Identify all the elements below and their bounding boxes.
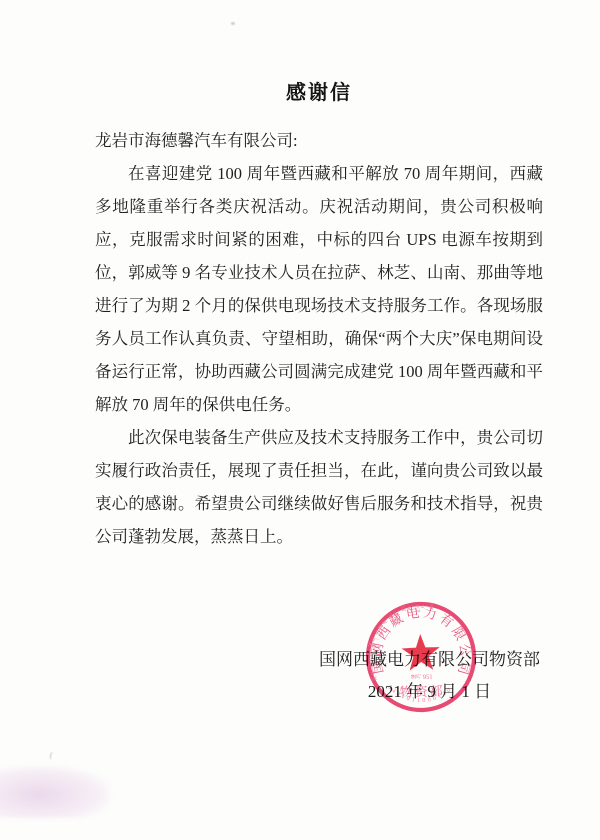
letter-title: 感谢信	[95, 80, 543, 106]
letter-body: 感谢信 龙岩市海德馨汽车有限公司: 在喜迎建党 100 周年暨西藏和平解放 70…	[95, 0, 543, 553]
body-paragraph-2: 此次保电装备生产供应及技术支持服务工作中，贵公司切实履行政治责任，展现了责任担当…	[95, 421, 543, 553]
scan-speck	[231, 22, 235, 25]
recipient-line: 龙岩市海德馨汽车有限公司:	[95, 124, 543, 157]
scan-ink-smudge	[0, 766, 110, 818]
scanned-letter-page: 感谢信 龙岩市海德馨汽车有限公司: 在喜迎建党 100 周年暨西藏和平解放 70…	[0, 0, 600, 840]
seal-star-caption: ཨང་ 951	[411, 674, 433, 682]
body-paragraph-1: 在喜迎建党 100 周年暨西藏和平解放 70 周年期间，西藏多地隆重举行各类庆祝…	[95, 157, 543, 421]
official-seal-stamp: བོད་ལྗོངས་གློག་ཤུགས་ཚད་ཡོད་ཀུང་སི 国网西藏电力…	[343, 579, 498, 734]
scan-tick-artifact	[49, 752, 56, 761]
seal-star-icon	[401, 633, 440, 671]
